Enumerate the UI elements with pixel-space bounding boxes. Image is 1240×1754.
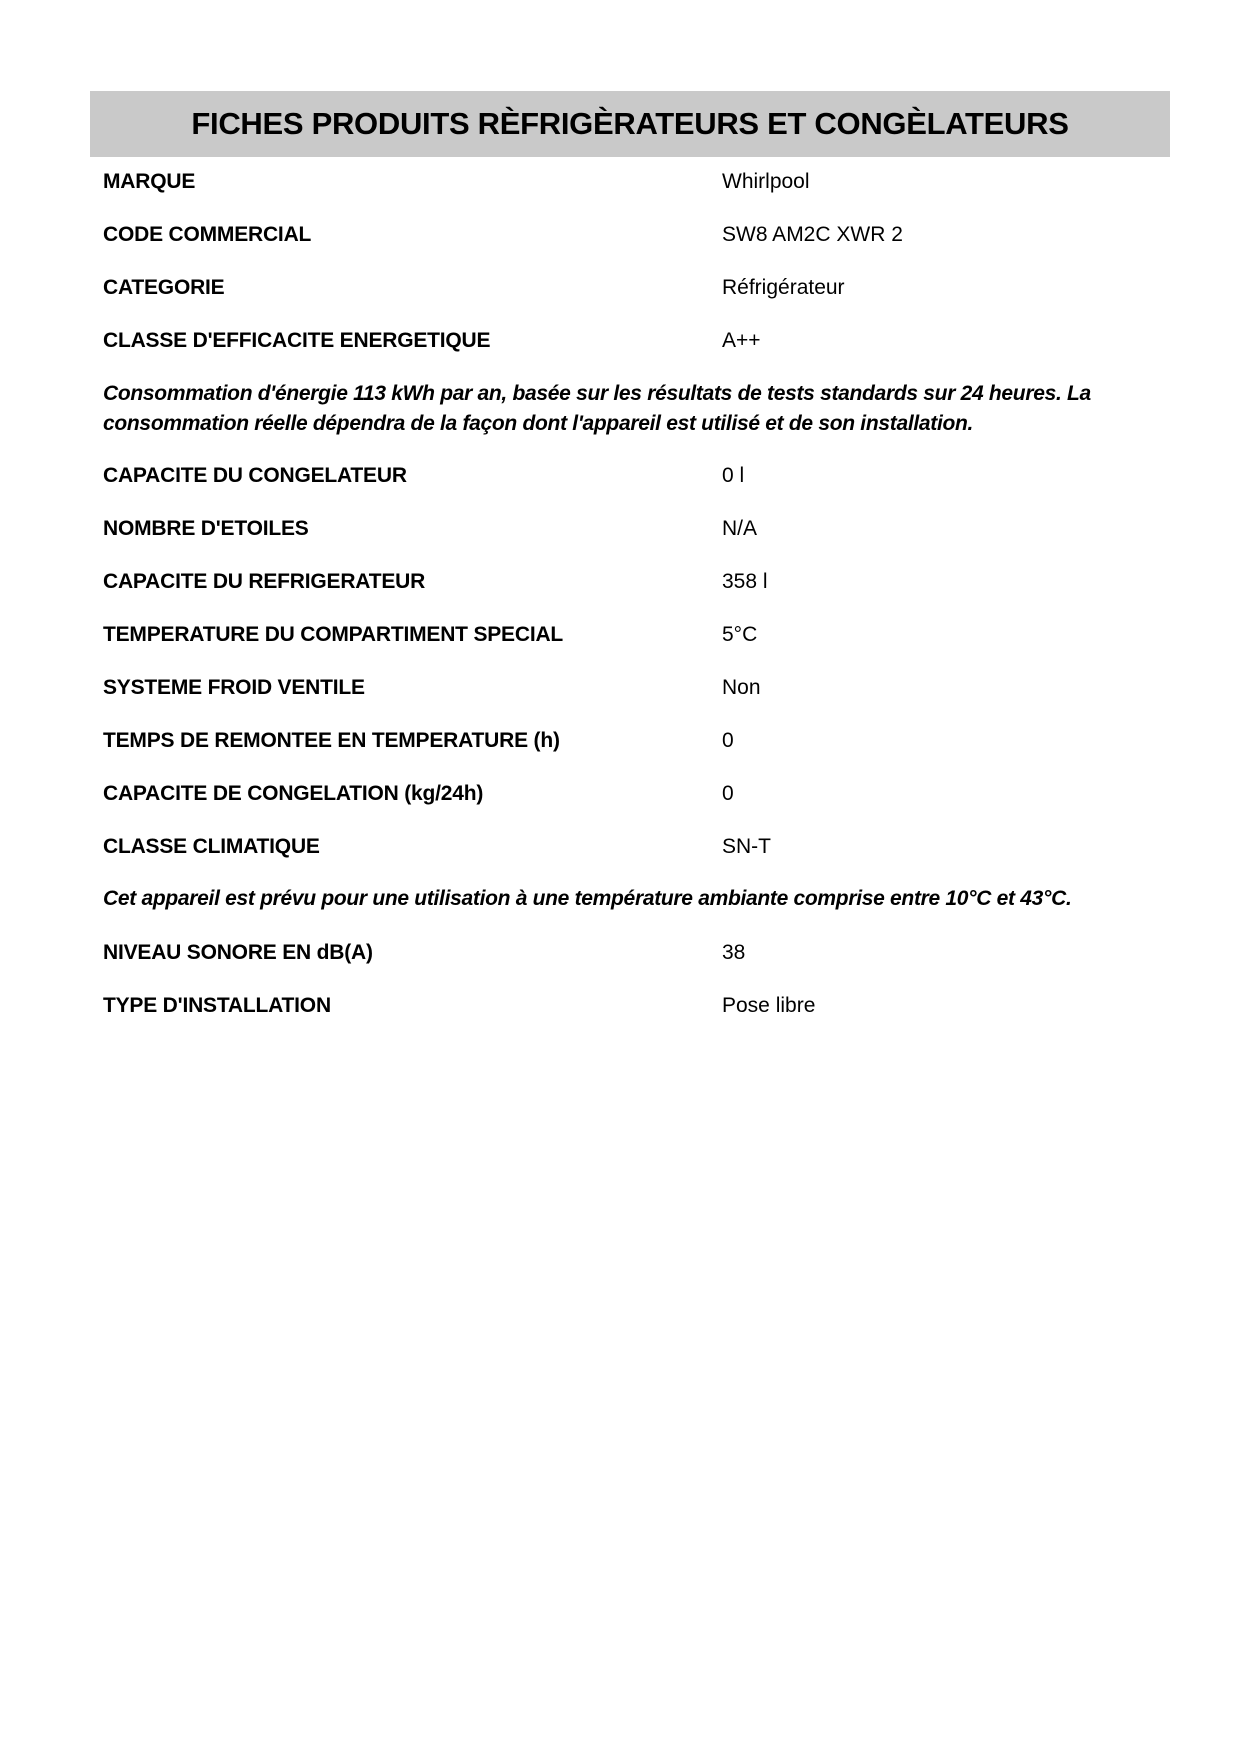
spec-value: Réfrigérateur — [722, 276, 845, 300]
energy-consumption-note: Consommation d'énergie 113 kWh par an, b… — [103, 379, 1163, 439]
energy-note-line-1: Consommation d'énergie 113 kWh par an, b… — [103, 379, 1163, 409]
spec-row-frost-free: SYSTEME FROID VENTILE Non — [103, 673, 1163, 703]
spec-value: Non — [722, 676, 761, 700]
spec-label: CAPACITE DE CONGELATION (kg/24h) — [103, 782, 722, 806]
title-bar: FICHES PRODUITS RÈFRIGÈRATEURS ET CONGÈL… — [90, 91, 1170, 157]
spec-row-commercial-code: CODE COMMERCIAL SW8 AM2C XWR 2 — [103, 220, 1163, 250]
spec-value: 358 l — [722, 570, 768, 594]
spec-label: CODE COMMERCIAL — [103, 223, 722, 247]
spec-value: 5°C — [722, 623, 757, 647]
spec-row-fridge-capacity: CAPACITE DU REFRIGERATEUR 358 l — [103, 567, 1163, 597]
spec-row-freezer-capacity: CAPACITE DU CONGELATEUR 0 l — [103, 461, 1163, 491]
energy-note-line-2: consommation réelle dépendra de la façon… — [103, 409, 1163, 439]
spec-value: A++ — [722, 329, 761, 353]
spec-value: 0 l — [722, 464, 744, 488]
spec-label: NIVEAU SONORE EN dB(A) — [103, 941, 722, 965]
spec-row-temperature-rise-time: TEMPS DE REMONTEE EN TEMPERATURE (h) 0 — [103, 726, 1163, 756]
spec-value: SW8 AM2C XWR 2 — [722, 223, 903, 247]
spec-value: 0 — [722, 729, 734, 753]
spec-label: TYPE D'INSTALLATION — [103, 994, 722, 1018]
spec-row-installation-type: TYPE D'INSTALLATION Pose libre — [103, 991, 1163, 1021]
spec-label: CAPACITE DU REFRIGERATEUR — [103, 570, 722, 594]
spec-value: 38 — [722, 941, 745, 965]
spec-row-star-rating: NOMBRE D'ETOILES N/A — [103, 514, 1163, 544]
page-title: FICHES PRODUITS RÈFRIGÈRATEURS ET CONGÈL… — [191, 106, 1068, 142]
spec-label: NOMBRE D'ETOILES — [103, 517, 722, 541]
spec-row-noise-level: NIVEAU SONORE EN dB(A) 38 — [103, 938, 1163, 968]
spec-value: Pose libre — [722, 994, 815, 1018]
spec-label: MARQUE — [103, 170, 722, 194]
spec-row-energy-class: CLASSE D'EFFICACITE ENERGETIQUE A++ — [103, 326, 1163, 356]
spec-value: SN-T — [722, 835, 771, 859]
spec-label: CATEGORIE — [103, 276, 722, 300]
spec-row-category: CATEGORIE Réfrigérateur — [103, 273, 1163, 303]
spec-label: CLASSE D'EFFICACITE ENERGETIQUE — [103, 329, 722, 353]
spec-value: N/A — [722, 517, 757, 541]
spec-label: TEMPERATURE DU COMPARTIMENT SPECIAL — [103, 623, 722, 647]
spec-value: 0 — [722, 782, 734, 806]
spec-row-freezing-capacity: CAPACITE DE CONGELATION (kg/24h) 0 — [103, 779, 1163, 809]
spec-row-climate-class: CLASSE CLIMATIQUE SN-T — [103, 832, 1163, 862]
spec-label: SYSTEME FROID VENTILE — [103, 676, 722, 700]
spec-row-special-compartment-temp: TEMPERATURE DU COMPARTIMENT SPECIAL 5°C — [103, 620, 1163, 650]
spec-label: CAPACITE DU CONGELATEUR — [103, 464, 722, 488]
spec-label: CLASSE CLIMATIQUE — [103, 835, 722, 859]
spec-label: TEMPS DE REMONTEE EN TEMPERATURE (h) — [103, 729, 722, 753]
spec-row-brand: MARQUE Whirlpool — [103, 167, 1163, 197]
spec-value: Whirlpool — [722, 170, 810, 194]
climate-note: Cet appareil est prévu pour une utilisat… — [103, 884, 1163, 914]
